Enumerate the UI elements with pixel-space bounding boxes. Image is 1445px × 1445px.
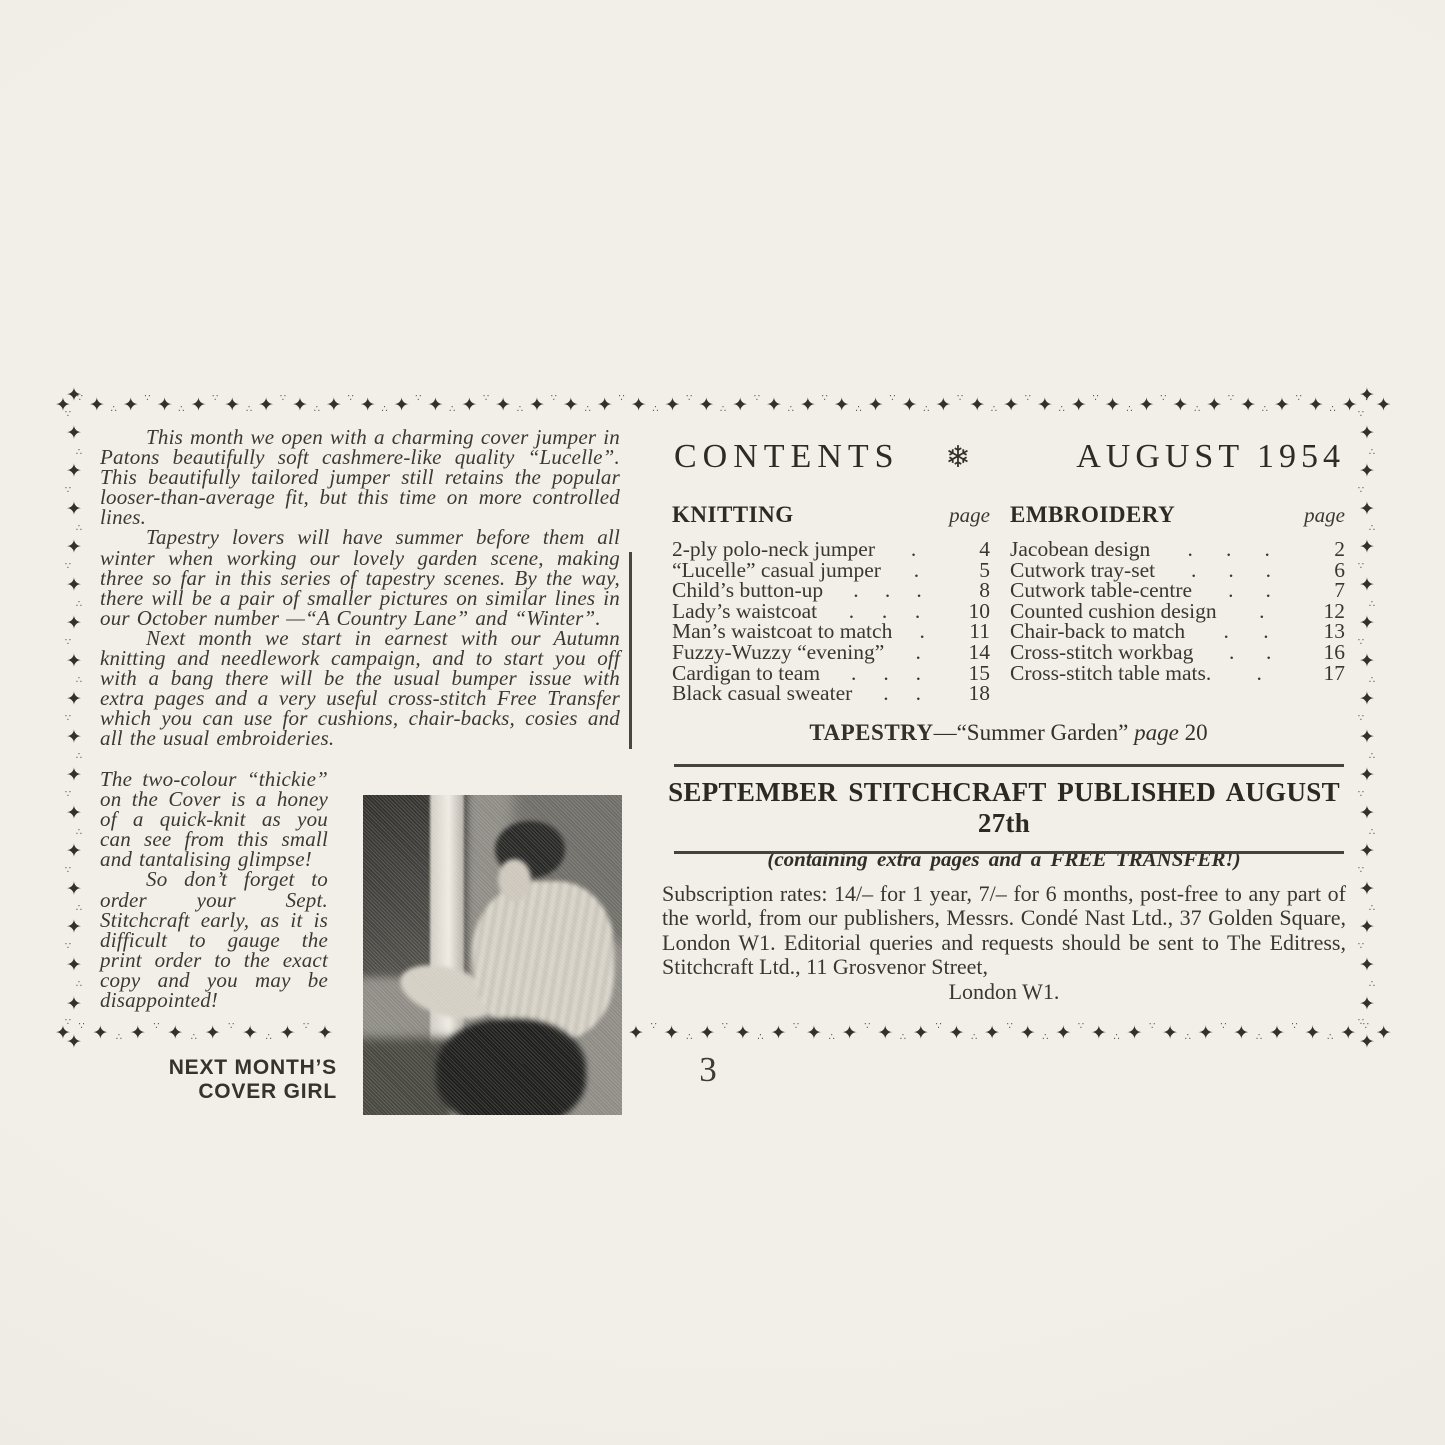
sparkle-star-icon: ✦ (732, 396, 748, 415)
sparkle-star-icon: ✦ (1139, 396, 1155, 415)
sparkle-dots: ∴ (971, 1033, 977, 1043)
sparkle-dots: ∵ (889, 394, 895, 404)
sparkle-dots: ∴ (1327, 1033, 1333, 1043)
sparkle-star-icon: ✦ (326, 396, 342, 415)
contents-item: Child’s button-up...8 (672, 580, 990, 601)
sparkle-dots: ∵ (1160, 394, 1166, 404)
rule-top (674, 764, 1344, 767)
sparkle-star-icon: ✦ (1172, 396, 1188, 415)
item-page-number: 4 (956, 539, 990, 560)
sparkle-dots: ∴ (829, 1033, 835, 1043)
sparkle-dots: ∵ (1292, 1022, 1298, 1032)
leader-dot: . (1266, 560, 1271, 581)
sparkle-dots: ∵ (1358, 790, 1364, 800)
item-label: Cutwork tray-set (1010, 560, 1155, 581)
item-label: Fuzzy-Wuzzy “evening” (672, 642, 884, 663)
editorial-paragraph: This month we open with a charming cover… (100, 427, 620, 527)
sparkle-dots: ∵ (722, 1022, 728, 1032)
sparkle-star-icon: ✦ (157, 396, 173, 415)
contents-item: “Lucelle” casual jumper.5 (672, 560, 990, 581)
sparkle-star-icon: ✦ (1340, 1024, 1356, 1043)
sparkle-star-icon: ✦ (123, 396, 139, 415)
sparkle-dots: ∴ (1369, 752, 1375, 762)
item-label: “Lucelle” casual jumper (672, 560, 881, 581)
tapestry-title: —“Summer Garden” (934, 720, 1129, 745)
sparkle-star-icon: ✦ (735, 1024, 751, 1043)
sparkle-dots: ∵ (1149, 1022, 1155, 1032)
editorial-paragraph: The two-colour “thickie” on the Cover is… (100, 769, 328, 869)
sparkle-dots: ∴ (314, 405, 320, 415)
sparkle-star-icon: ✦ (495, 396, 511, 415)
sparkle-dots: ∵ (65, 486, 71, 496)
sparkle-dots: ∴ (900, 1033, 906, 1043)
leader-dot: . (1256, 663, 1261, 684)
tapestry-page-label: page (1134, 720, 1179, 745)
sparkle-dots: ∵ (1025, 394, 1031, 404)
sparkle-dots: ∴ (1369, 904, 1375, 914)
item-page-number: 11 (956, 621, 990, 642)
sparkle-star-icon: ✦ (66, 690, 82, 709)
sparkle-dots: ∵ (822, 394, 828, 404)
leader-dot: . (883, 663, 888, 684)
contents-item: Jacobean design...2 (1010, 539, 1345, 560)
sparkle-star-icon: ✦ (1162, 1024, 1178, 1043)
sparkle-dots: ∴ (76, 524, 82, 534)
rule-bottom (674, 851, 1344, 854)
item-page-number: 6 (1311, 560, 1345, 581)
photo-skirt (436, 1019, 586, 1115)
sparkle-star-icon: ✦ (1037, 396, 1053, 415)
leader-dot: . (911, 539, 916, 560)
sparkle-dots: ∵ (1358, 638, 1364, 648)
leader-dots: .. (852, 683, 956, 704)
contents-item: Counted cushion design.12 (1010, 601, 1345, 622)
sparkle-dots: ∵ (686, 394, 692, 404)
page-label: page (1304, 503, 1345, 528)
sparkle-dots: ∵ (144, 394, 150, 404)
contents-header: CONTENTS ❄ AUGUST 1954 (672, 438, 1345, 494)
leader-dots: . (881, 560, 956, 581)
sparkle-star-icon: ✦ (1020, 1024, 1036, 1043)
sparkle-star-icon: ✦ (1359, 424, 1375, 443)
subscription-body: Subscription rates: 14/– for 1 year, 7/–… (662, 882, 1346, 980)
sparkle-dots: ∵ (483, 394, 489, 404)
sparkle-dots: ∵ (65, 866, 71, 876)
sparkle-star-icon: ✦ (1269, 1024, 1285, 1043)
sparkle-star-icon: ✦ (1240, 396, 1256, 415)
leader-dots: . (1217, 601, 1311, 622)
sparkle-star-icon: ✦ (1376, 1024, 1392, 1043)
sparkle-star-icon: ✦ (1359, 614, 1375, 633)
sparkle-dots: ∵ (1078, 1022, 1084, 1032)
sparkle-dots: ∵ (212, 394, 218, 404)
column-divider-line (629, 552, 632, 749)
item-label: Black casual sweater (672, 683, 852, 704)
leader-dot: . (849, 601, 854, 622)
sparkle-star-icon: ✦ (935, 396, 951, 415)
leader-dots: .. (1192, 580, 1311, 601)
item-page-number: 15 (956, 663, 990, 684)
sparkle-star-icon: ✦ (1305, 1024, 1321, 1043)
embroidery-items: Jacobean design...2Cutwork tray-set...6C… (1010, 539, 1345, 683)
sparkle-dots: ∴ (1042, 1033, 1048, 1043)
sparkle-star-icon: ✦ (66, 956, 82, 975)
section-name: EMBROIDERY (1010, 502, 1175, 528)
photo-hair (495, 821, 565, 879)
contents-item: Cardigan to team...15 (672, 663, 990, 684)
caption-line2: COVER GIRL (100, 1080, 337, 1104)
sparkle-star-icon: ✦ (1359, 880, 1375, 899)
photo-arm (395, 955, 503, 1028)
sparkle-star-icon: ✦ (699, 1024, 715, 1043)
sparkle-star-icon: ✦ (631, 396, 647, 415)
photo-face (498, 859, 532, 901)
sparkle-dots: ∵ (935, 1022, 941, 1032)
sparkle-dots: ∵ (1358, 714, 1364, 724)
item-label: Cutwork table-centre (1010, 580, 1192, 601)
leader-dots: . (875, 539, 956, 560)
leader-dot: . (1191, 560, 1196, 581)
sparkle-star-icon: ✦ (1055, 1024, 1071, 1043)
sparkle-dots: ∴ (923, 405, 929, 415)
tapestry-label: TAPESTRY (809, 720, 933, 745)
leader-dot: . (1228, 560, 1233, 581)
sparkle-star-icon: ✦ (1233, 1024, 1249, 1043)
sparkle-dots: ∴ (1185, 1033, 1191, 1043)
knitting-column: KNITTING page 2-ply polo-neck jumper.4“L… (672, 502, 990, 704)
sparkle-dots: ∵ (1358, 866, 1364, 876)
leader-dots: ... (1150, 539, 1311, 560)
sparkle-star-icon: ✦ (1105, 396, 1121, 415)
embroidery-column: EMBROIDERY page Jacobean design...2Cutwo… (1010, 502, 1345, 704)
sparkle-dots: ∴ (1114, 1033, 1120, 1043)
sparkle-dots: ∴ (757, 1033, 763, 1043)
sparkle-dots: ∴ (246, 405, 252, 415)
photo-blouse (472, 881, 614, 1041)
item-page-number: 7 (1311, 580, 1345, 601)
sparkle-star-icon: ✦ (1091, 1024, 1107, 1043)
border-bottom-right: ✦∵✦∴✦∵✦∴✦∵✦∴✦∵✦∴✦∵✦∴✦∵✦∴✦∵✦∴✦∵✦∴✦∵✦∴✦∵✦∴… (628, 1014, 1392, 1052)
subscription-last-line: London W1. (662, 980, 1346, 1004)
sparkle-star-icon: ✦ (1071, 396, 1087, 415)
sparkle-dots: ∴ (178, 405, 184, 415)
item-label: Cardigan to team (672, 663, 820, 684)
leader-dots: ... (820, 663, 956, 684)
sparkle-dots: ∴ (1262, 405, 1268, 415)
sparkle-dots: ∴ (788, 405, 794, 415)
sparkle-dots: ∵ (754, 394, 760, 404)
leader-dot: . (1266, 642, 1271, 663)
item-page-number: 2 (1311, 539, 1345, 560)
item-label: Lady’s waistcoat (672, 601, 817, 622)
sparkle-dots: ∵ (1296, 394, 1302, 404)
sparkle-dots: ∴ (517, 405, 523, 415)
leader-dot: . (883, 683, 888, 704)
leader-dots: . (892, 621, 956, 642)
contents-item: Man’s waistcoat to match.11 (672, 621, 990, 642)
sparkle-star-icon: ✦ (1359, 995, 1375, 1014)
photo-floor (363, 1038, 454, 1115)
sparkle-star-icon: ✦ (461, 396, 477, 415)
sparkle-star-icon: ✦ (1359, 956, 1375, 975)
contents-title: CONTENTS (674, 438, 900, 476)
sparkle-star-icon: ✦ (984, 1024, 1000, 1043)
sparkle-star-icon: ✦ (766, 396, 782, 415)
leader-dot: . (1226, 539, 1231, 560)
leader-dots: . (884, 642, 956, 663)
sparkle-dots: ∴ (381, 405, 387, 415)
leader-dots: .. (1185, 621, 1311, 642)
sparkle-star-icon: ✦ (1274, 396, 1290, 415)
sparkle-star-icon: ✦ (877, 1024, 893, 1043)
sparkle-dots: ∵ (415, 394, 421, 404)
leader-dots: ... (817, 601, 956, 622)
knitting-items: 2-ply polo-neck jumper.4“Lucelle” casual… (672, 539, 990, 704)
sparkle-dots: ∵ (153, 1022, 159, 1032)
sparkle-dots: ∵ (228, 1022, 234, 1032)
leader-dot: . (882, 601, 887, 622)
sparkle-star-icon: ✦ (66, 614, 82, 633)
sparkle-dots: ∴ (76, 904, 82, 914)
leader-dot: . (916, 663, 921, 684)
sparkle-star-icon: ✦ (205, 1024, 221, 1043)
sparkle-star-icon: ✦ (800, 396, 816, 415)
sparkle-star-icon: ✦ (834, 396, 850, 415)
snowflake-icon: ❄ (936, 440, 980, 475)
sparkle-dots: ∵ (1358, 410, 1364, 420)
leader-dot: . (916, 580, 921, 601)
item-page-number: 10 (956, 601, 990, 622)
sparkle-star-icon: ✦ (360, 396, 376, 415)
sparkle-dots: ∵ (1220, 1022, 1226, 1032)
sparkle-star-icon: ✦ (190, 396, 206, 415)
sparkle-star-icon: ✦ (258, 396, 274, 415)
contents-item: Cutwork table-centre..7 (1010, 580, 1345, 601)
contents-item: Lady’s waistcoat...10 (672, 601, 990, 622)
sparkle-dots: ∵ (957, 394, 963, 404)
magazine-contents-page: ✦∵✦∴✦∵✦∴✦∵✦∴✦∵✦∴✦∵✦∴✦∵✦∴✦∵✦∴✦∵✦∴✦∵✦∴✦∵✦∴… (0, 0, 1445, 1445)
sparkle-star-icon: ✦ (1359, 690, 1375, 709)
item-page-number: 13 (1311, 621, 1345, 642)
sparkle-dots: ∴ (720, 405, 726, 415)
item-page-number: 16 (1311, 642, 1345, 663)
contents-item: Black casual sweater..18 (672, 683, 990, 704)
sparkle-dots: ∵ (1358, 562, 1364, 572)
sparkle-dots: ∵ (1092, 394, 1098, 404)
photo-dark-background (363, 795, 467, 977)
sparkle-star-icon: ✦ (1359, 576, 1375, 595)
sparkle-dots: ∴ (191, 1033, 197, 1043)
contents-item: Chair-back to match..13 (1010, 621, 1345, 642)
sparkle-star-icon: ✦ (242, 1024, 258, 1043)
sparkle-dots: ∴ (116, 1033, 122, 1043)
sparkle-star-icon: ✦ (317, 1024, 333, 1043)
sparkle-dots: ∴ (76, 600, 82, 610)
contents-item: 2-ply polo-neck jumper.4 (672, 539, 990, 560)
sparkle-dots: ∴ (76, 752, 82, 762)
sparkle-star-icon: ✦ (1127, 1024, 1143, 1043)
leader-dot: . (1259, 601, 1264, 622)
border-bottom-left: ✦∵✦∴✦∵✦∴✦∵✦∴✦∵✦ (55, 1014, 333, 1052)
sparkle-dots: ∵ (280, 394, 286, 404)
photo-background (513, 795, 622, 942)
sparkle-dots: ∴ (585, 405, 591, 415)
sparkle-star-icon: ✦ (1359, 500, 1375, 519)
announcement: SEPTEMBER STITCHCRAFT PUBLISHED AUGUST 2… (662, 777, 1346, 872)
leader-dot: . (914, 560, 919, 581)
contents-item: Cross-stitch table mats..17 (1010, 663, 1345, 684)
contents-columns: KNITTING page 2-ply polo-neck jumper.4“L… (672, 502, 1345, 704)
sparkle-star-icon: ✦ (628, 1024, 644, 1043)
sparkle-dots: ∴ (1369, 676, 1375, 686)
sparkle-star-icon: ✦ (1359, 804, 1375, 823)
sparkle-dots: ∵ (1007, 1022, 1013, 1032)
border-left: ✦∵✦∴✦∵✦∴✦∵✦∴✦∵✦∴✦∵✦∴✦∵✦∴✦∵✦∴✦∵✦∴✦∵✦ (55, 386, 93, 1052)
sparkle-star-icon: ✦ (224, 396, 240, 415)
sparkle-star-icon: ✦ (868, 396, 884, 415)
sparkle-dots: ∴ (1330, 405, 1336, 415)
item-label: Counted cushion design (1010, 601, 1217, 622)
photo-caption: NEXT MONTH’S COVER GIRL (100, 1056, 337, 1104)
page-number: 3 (686, 1050, 730, 1090)
border-right: ✦∵✦∴✦∵✦∴✦∵✦∴✦∵✦∴✦∵✦∴✦∵✦∴✦∵✦∴✦∵✦∴✦∵✦ (1348, 386, 1386, 1052)
cover-girl-photo (363, 795, 622, 1115)
sparkle-star-icon: ✦ (55, 1024, 71, 1043)
sparkle-star-icon: ✦ (427, 396, 443, 415)
leader-dot: . (851, 663, 856, 684)
sparkle-star-icon: ✦ (130, 1024, 146, 1043)
editorial-intro: This month we open with a charming cover… (100, 427, 620, 749)
sparkle-dots: ∴ (76, 676, 82, 686)
sparkle-dots: ∴ (266, 1033, 272, 1043)
item-label: Cross-stitch workbag (1010, 642, 1193, 663)
sparkle-dots: ∵ (551, 394, 557, 404)
sparkle-star-icon: ✦ (66, 424, 82, 443)
contents-item: Fuzzy-Wuzzy “evening”.14 (672, 642, 990, 663)
leader-dot: . (1263, 621, 1268, 642)
sparkle-star-icon: ✦ (394, 396, 410, 415)
sparkle-dots: ∵ (65, 410, 71, 420)
sparkle-dots: ∴ (686, 1033, 692, 1043)
sparkle-dots: ∴ (855, 405, 861, 415)
announcement-line1: SEPTEMBER STITCHCRAFT PUBLISHED AUGUST 2… (662, 777, 1346, 839)
leader-dot: . (885, 580, 890, 601)
sparkle-dots: ∵ (1358, 486, 1364, 496)
tapestry-entry: TAPESTRY—“Summer Garden” page 20 (672, 720, 1345, 746)
leader-dot: . (1228, 580, 1233, 601)
sparkle-star-icon: ✦ (1359, 386, 1375, 405)
sparkle-star-icon: ✦ (1359, 766, 1375, 785)
sparkle-dots: ∵ (65, 942, 71, 952)
sparkle-star-icon: ✦ (1206, 396, 1222, 415)
sparkle-star-icon: ✦ (66, 576, 82, 595)
sparkle-dots: ∵ (1363, 1022, 1369, 1032)
item-label: Child’s button-up (672, 580, 823, 601)
editorial-paragraph: Next month we start in earnest with our … (100, 628, 620, 749)
sparkle-star-icon: ✦ (66, 766, 82, 785)
contents-item: Cutwork tray-set...6 (1010, 560, 1345, 581)
sparkle-star-icon: ✦ (664, 1024, 680, 1043)
sparkle-star-icon: ✦ (842, 1024, 858, 1043)
editorial-paragraph: Tapestry lovers will have summer before … (100, 527, 620, 627)
sparkle-star-icon: ✦ (1198, 1024, 1214, 1043)
leader-dots: ... (823, 580, 956, 601)
leader-dot: . (1229, 642, 1234, 663)
leader-dot: . (853, 580, 858, 601)
knitting-column-header: KNITTING page (672, 502, 990, 528)
sparkle-dots: ∵ (1228, 394, 1234, 404)
sparkle-dots: ∴ (449, 405, 455, 415)
sparkle-dots: ∵ (65, 790, 71, 800)
sparkle-star-icon: ✦ (66, 462, 82, 481)
sparkle-star-icon: ✦ (664, 396, 680, 415)
leader-dot: . (916, 683, 921, 704)
sparkle-star-icon: ✦ (1359, 918, 1375, 937)
sparkle-star-icon: ✦ (1359, 462, 1375, 481)
sparkle-dots: ∵ (864, 1022, 870, 1032)
sparkle-star-icon: ✦ (66, 918, 82, 937)
item-page-number: 5 (956, 560, 990, 581)
leader-dot: . (1187, 539, 1192, 560)
sparkle-dots: ∴ (1369, 448, 1375, 458)
sparkle-dots: ∴ (991, 405, 997, 415)
editorial-narrow: The two-colour “thickie” on the Cover is… (100, 769, 328, 1010)
sparkle-dots: ∵ (303, 1022, 309, 1032)
sparkle-dots: ∴ (111, 405, 117, 415)
sparkle-dots: ∵ (348, 394, 354, 404)
subscription-info: Subscription rates: 14/– for 1 year, 7/–… (662, 882, 1346, 1004)
sparkle-star-icon: ✦ (913, 1024, 929, 1043)
sparkle-star-icon: ✦ (1359, 728, 1375, 747)
border-top: ✦∵✦∴✦∵✦∴✦∵✦∴✦∵✦∴✦∵✦∴✦∵✦∴✦∵✦∴✦∵✦∴✦∵✦∴✦∵✦∴… (55, 386, 1392, 424)
sparkle-dots: ∴ (1369, 524, 1375, 534)
item-page-number: 17 (1311, 663, 1345, 684)
sparkle-star-icon: ✦ (66, 386, 82, 405)
item-label: Man’s waistcoat to match (672, 621, 892, 642)
sparkle-star-icon: ✦ (66, 880, 82, 899)
item-label: Cross-stitch table mats. (1010, 663, 1211, 684)
sparkle-star-icon: ✦ (1359, 842, 1375, 861)
embroidery-column-header: EMBROIDERY page (1010, 502, 1345, 528)
sparkle-star-icon: ✦ (1003, 396, 1019, 415)
sparkle-star-icon: ✦ (66, 804, 82, 823)
leader-dot: . (1223, 621, 1228, 642)
editorial-paragraph: So don’t forget to order your Sept. Stit… (100, 869, 328, 1010)
sparkle-dots: ∵ (65, 714, 71, 724)
sparkle-dots: ∴ (76, 448, 82, 458)
contents-section: CONTENTS ❄ AUGUST 1954 KNITTING page 2-p… (672, 438, 1345, 746)
sparkle-dots: ∵ (65, 638, 71, 648)
item-label: 2-ply polo-neck jumper (672, 539, 875, 560)
sparkle-star-icon: ✦ (529, 396, 545, 415)
sparkle-star-icon: ✦ (806, 1024, 822, 1043)
sparkle-dots: ∴ (1059, 405, 1065, 415)
item-page-number: 12 (1311, 601, 1345, 622)
sparkle-star-icon: ✦ (66, 995, 82, 1014)
item-label: Jacobean design (1010, 539, 1150, 560)
sparkle-star-icon: ✦ (1359, 652, 1375, 671)
sparkle-dots: ∵ (651, 1022, 657, 1032)
sparkle-star-icon: ✦ (969, 396, 985, 415)
leader-dots: . (1211, 663, 1311, 684)
sparkle-star-icon: ✦ (66, 652, 82, 671)
leader-dot: . (1264, 539, 1269, 560)
leader-dot: . (915, 601, 920, 622)
sparkle-dots: ∴ (1256, 1033, 1262, 1043)
issue-date: AUGUST 1954 (1076, 438, 1345, 476)
sparkle-star-icon: ✦ (167, 1024, 183, 1043)
tapestry-page-number: 20 (1185, 720, 1208, 745)
